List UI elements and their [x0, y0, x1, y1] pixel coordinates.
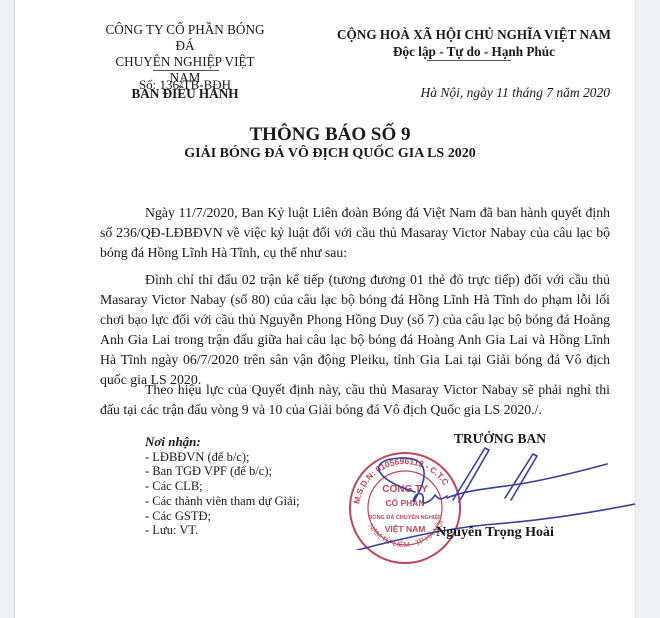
- paragraph-text: Ngày 11/7/2020, Ban Kỷ luật Liên đoàn Bó…: [100, 203, 610, 263]
- body-paragraph-3: Theo hiệu lực của Quyết định này, cầu th…: [100, 380, 610, 420]
- nation-title: CỘNG HOÀ XÃ HỘI CHỦ NGHĨA VIỆT NAM: [318, 26, 630, 43]
- org-name-line1: CÔNG TY CỔ PHẦN BÓNG ĐÁ: [100, 22, 270, 54]
- recipients-heading: Nơi nhận:: [145, 435, 345, 450]
- document-number: Số: 136/TB-BĐH: [100, 77, 270, 93]
- document-title: THÔNG BÁO SỐ 9: [150, 124, 510, 146]
- body-paragraph-2: Đình chỉ thi đấu 02 trận kế tiếp (tương …: [100, 270, 610, 390]
- paragraph-text: Đình chỉ thi đấu 02 trận kế tiếp (tương …: [100, 270, 610, 390]
- recipient-item: - Các thành viên tham dự Giải;: [145, 494, 345, 509]
- recipient-item: - Các GSTĐ;: [145, 509, 345, 524]
- national-header: CỘNG HOÀ XÃ HỘI CHỦ NGHĨA VIỆT NAM Độc l…: [318, 26, 630, 60]
- org-underline: [153, 70, 219, 71]
- recipients-list: - LĐBĐVN (để b/c); - Ban TGĐ VPF (để b/c…: [145, 450, 345, 538]
- nation-motto: Độc lập - Tự do - Hạnh Phúc: [318, 43, 630, 60]
- signer-name: Nguyễn Trọng Hoài: [410, 525, 580, 541]
- signer-title: TRƯỞNG BAN: [420, 431, 580, 447]
- motto-underline: [427, 60, 511, 61]
- recipient-item: - Ban TGĐ VPF (để b/c);: [145, 464, 345, 479]
- body-paragraph-1: Ngày 11/7/2020, Ban Kỷ luật Liên đoàn Bó…: [100, 203, 610, 263]
- paragraph-text: Theo hiệu lực của Quyết định này, cầu th…: [100, 380, 610, 420]
- recipient-item: - Các CLB;: [145, 479, 345, 494]
- dateline: Hà Nội, ngày 11 tháng 7 năm 2020: [340, 85, 610, 101]
- recipient-item: - LĐBĐVN (để b/c);: [145, 450, 345, 465]
- document-subtitle: GIẢI BÓNG ĐÁ VÔ ĐỊCH QUỐC GIA LS 2020: [150, 146, 510, 162]
- recipients-block: Nơi nhận: - LĐBĐVN (để b/c); - Ban TGĐ V…: [145, 435, 345, 538]
- recipient-item: - Lưu: VT.: [145, 523, 345, 538]
